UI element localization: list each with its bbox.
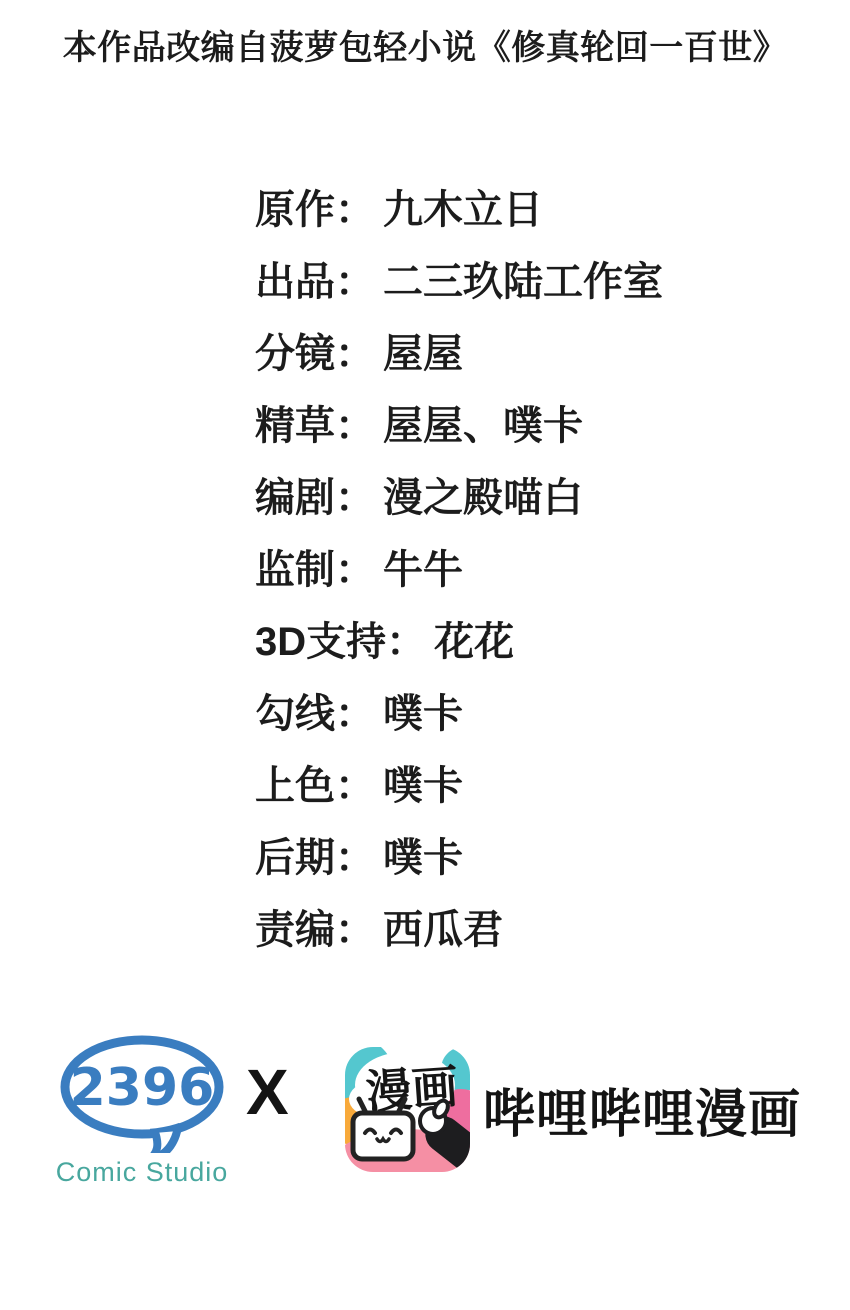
- credit-role: 勾线：: [255, 692, 375, 736]
- credit-role: 原作：: [255, 188, 375, 232]
- speech-bubble-logo-icon: 2396: [56, 1035, 228, 1153]
- collab-x-separator: X: [246, 1060, 289, 1124]
- credit-line-coloring: 上色：噗卡: [255, 750, 815, 822]
- credit-name: 噗卡: [383, 836, 463, 880]
- credit-name: 二三玖陆工作室: [383, 260, 663, 304]
- credit-line-original-author: 原作：九木立日: [255, 174, 815, 246]
- credit-line-editor: 责编：西瓜君: [255, 894, 815, 966]
- credit-name: 屋屋: [383, 332, 463, 376]
- credit-role: 分镜：: [255, 332, 375, 376]
- credit-line-storyboard: 分镜：屋屋: [255, 318, 815, 390]
- credit-role: 责编：: [255, 908, 375, 952]
- credit-name: 西瓜君: [383, 908, 503, 952]
- credit-line-producer: 出品：二三玖陆工作室: [255, 246, 815, 318]
- credit-role: 监制：: [255, 548, 375, 592]
- credit-role: 后期：: [255, 836, 375, 880]
- credit-line-post-production: 后期：噗卡: [255, 822, 815, 894]
- credit-role: 上色：: [255, 764, 375, 808]
- credit-name: 花花: [434, 620, 514, 664]
- credit-name: 牛牛: [383, 548, 463, 592]
- credit-role: 精草：: [255, 404, 375, 448]
- bilibili-manga-app-icon: 漫画: [345, 1047, 470, 1172]
- credit-line-lineart: 勾线：噗卡: [255, 678, 815, 750]
- credit-line-screenwriter: 编剧：漫之殿喵白: [255, 462, 815, 534]
- studio-number-text: 2396: [70, 1058, 215, 1118]
- studio-2396-logo: 2396 Comic Studio: [52, 1035, 232, 1188]
- credit-name: 漫之殿喵白: [383, 476, 583, 520]
- credit-role: 编剧：: [255, 476, 375, 520]
- footer-logos: 2396 Comic Studio X 漫画: [0, 1030, 850, 1260]
- credit-line-rough-draft: 精草：屋屋、噗卡: [255, 390, 815, 462]
- credit-name: 九木立日: [383, 188, 543, 232]
- studio-name-text: Comic Studio: [52, 1157, 232, 1188]
- credit-name: 屋屋、噗卡: [383, 404, 583, 448]
- credits-list: 原作：九木立日 出品：二三玖陆工作室 分镜：屋屋 精草：屋屋、噗卡 编剧：漫之殿…: [255, 174, 815, 966]
- credit-role: 3D支持：: [255, 620, 426, 664]
- credit-name: 噗卡: [383, 764, 463, 808]
- bilibili-manga-wordmark: 哔哩哔哩漫画: [483, 1072, 801, 1147]
- adaptation-note: 本作品改编自菠萝包轻小说《修真轮回一百世》: [0, 20, 850, 69]
- credit-role: 出品：: [255, 260, 375, 304]
- comic-credits-page: 本作品改编自菠萝包轻小说《修真轮回一百世》 原作：九木立日 出品：二三玖陆工作室…: [0, 0, 850, 1310]
- credit-line-3d-support: 3D支持：花花: [255, 606, 815, 678]
- credit-name: 噗卡: [383, 692, 463, 736]
- credit-line-supervisor: 监制：牛牛: [255, 534, 815, 606]
